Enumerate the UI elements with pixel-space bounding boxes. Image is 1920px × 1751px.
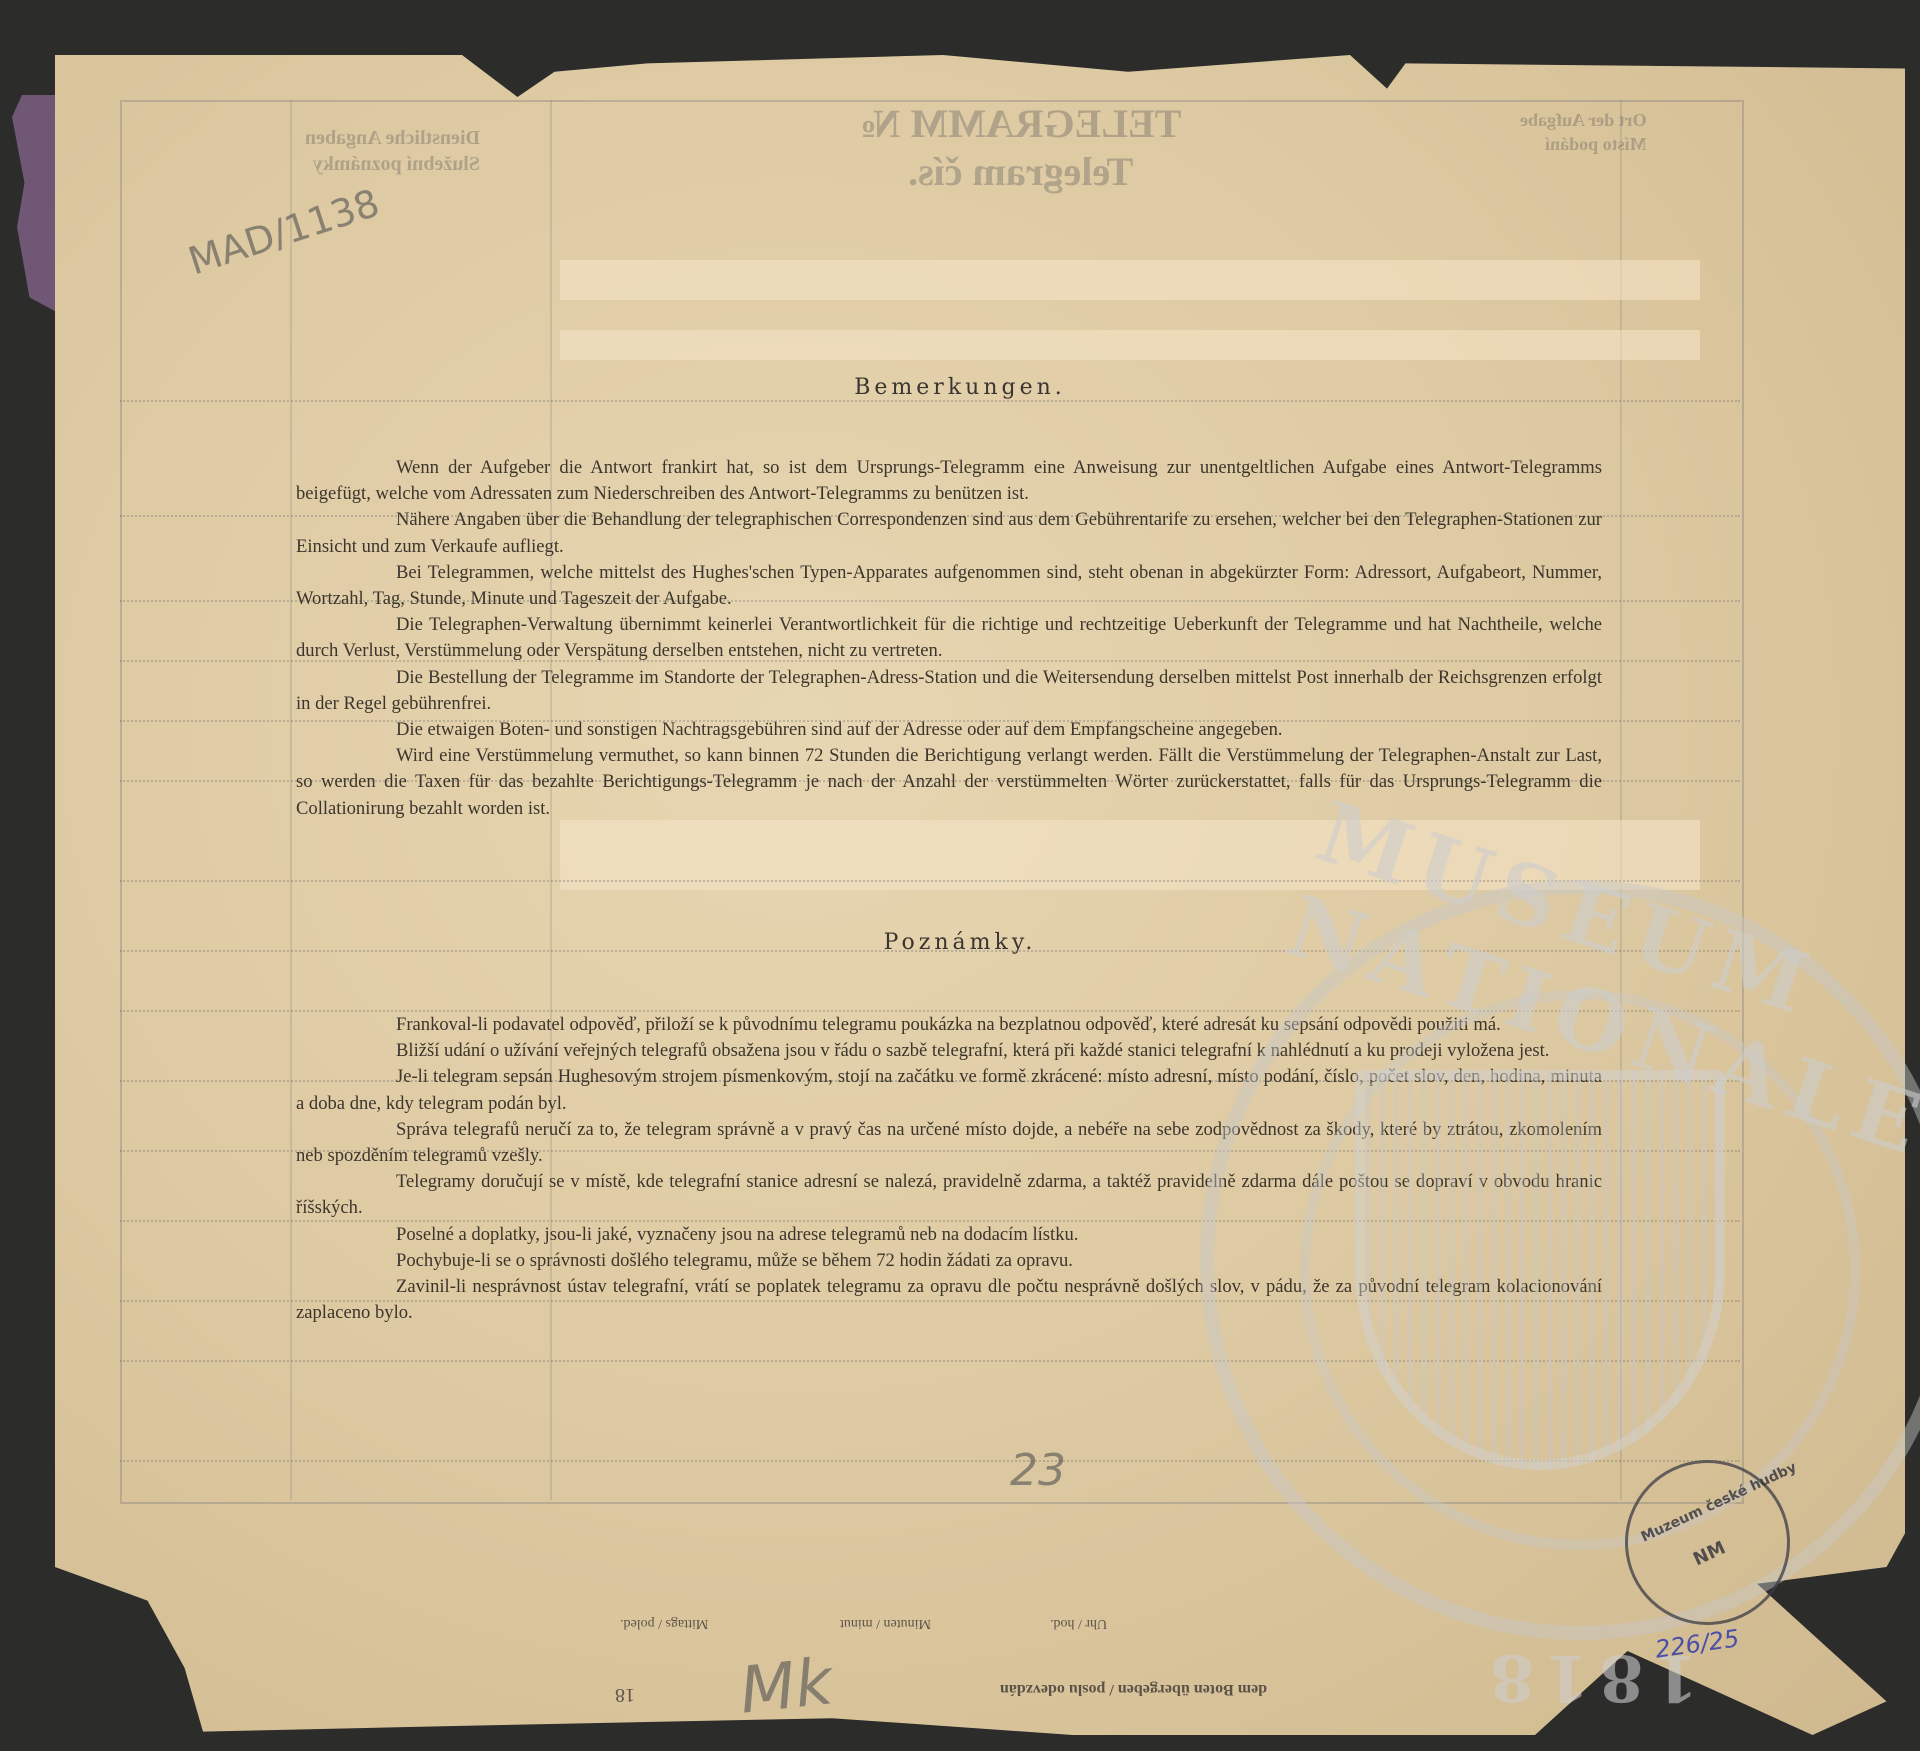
bemerkungen-heading: Bemerkungen.: [0, 375, 1920, 400]
signature: Mk: [736, 1645, 836, 1728]
form-field-messenger: dem Boten übergeben / poslu odevzdán: [1000, 1680, 1267, 1698]
form-field-afternoon: Mittags / poled.: [620, 1615, 708, 1631]
column-rule: [290, 100, 292, 1500]
poznamky-paragraph: Frankoval-li podavatel odpověď, přiloží …: [296, 1012, 1602, 1038]
form-rule: [120, 400, 1740, 402]
show-through-top-left: Dienstliche Angaben Služební poznámky: [305, 125, 480, 177]
show-through-top-right: Ort der Aufgabe Místo podání: [1520, 108, 1647, 156]
show-through-title: TELEGRAMM № Telegram čís.: [860, 100, 1181, 196]
bemerkungen-paragraph: Nähere Angaben über die Behandlung der t…: [296, 507, 1602, 559]
ink-stamp-text: Muzeum české hudby: [1639, 1459, 1799, 1545]
bemerkungen-paragraph: Bei Telegrammen, welche mittelst des Hug…: [296, 560, 1602, 612]
paper-band: [560, 330, 1700, 360]
paper-band: [560, 260, 1700, 300]
purple-mount-tab: [12, 95, 62, 315]
ink-stamp-abbr: NM: [1690, 1537, 1729, 1570]
page-number: 23: [1010, 1445, 1066, 1496]
bemerkungen-paragraph: Die etwaigen Boten- und sonstigen Nachtr…: [296, 717, 1602, 743]
museum-seal-eagle-shield-icon: [1355, 1070, 1725, 1470]
bemerkungen-paragraph: Die Telegraphen-Verwaltung übernimmt kei…: [296, 612, 1602, 664]
form-field-year: 18: [615, 1683, 635, 1706]
bemerkungen-paragraph: Die Bestellung der Telegramme im Standor…: [296, 665, 1602, 717]
bemerkungen-paragraph: Wenn der Aufgeber die Antwort frankirt h…: [296, 455, 1602, 507]
form-field-hour: Uhr / hod.: [1050, 1615, 1107, 1631]
bemerkungen-body: Wenn der Aufgeber die Antwort frankirt h…: [296, 455, 1602, 822]
form-field-minutes: Minuten / minut: [840, 1615, 931, 1631]
